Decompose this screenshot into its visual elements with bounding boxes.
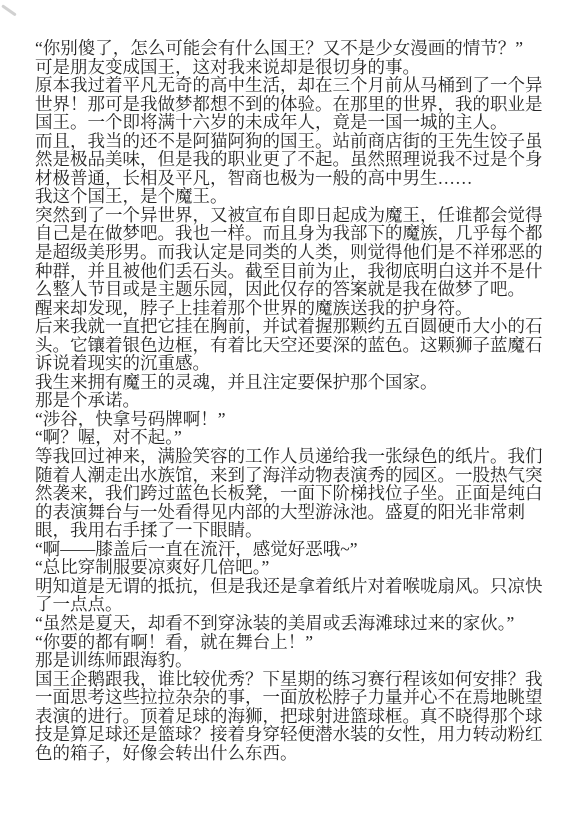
text-line: 醒来却发现，脖子上挂着那个世界的魔族送我的护身符。 xyxy=(35,299,557,318)
text-line: 么整人节目或是主题乐园，因此仅存的答案就是我在做梦了吧。 xyxy=(35,280,557,299)
text-line: 明知道是无谓的抵抗，但是我还是拿着纸片对着喉咙扇风。只凉快 xyxy=(35,577,557,596)
text-line: 表演的进行。顶着足球的海狮，把球射进篮球框。真不晓得那个球 xyxy=(35,707,557,726)
text-line: “虽然是夏天，却看不到穿泳装的美眉或丢海滩球过来的家伙。” xyxy=(35,614,557,633)
scan-artifact-mark xyxy=(1,4,17,16)
text-line: 种群，并且被他们丢石头。截至目前为止，我彻底明白这并不是什 xyxy=(35,262,557,281)
text-line: 了一点点。 xyxy=(35,595,557,614)
text-line: 随着人潮走出水族馆，来到了海洋动物表演秀的园区。一股热气突 xyxy=(35,466,557,485)
text-line: 色的箱子，好像会转出什么东西。 xyxy=(35,744,557,763)
text-line: 然是极品美味，但是我的职业更了不起。虽然照理说我不过是个身 xyxy=(35,150,557,169)
text-line: 那是训练师跟海豹。 xyxy=(35,651,557,670)
text-line: 眼，我用右手揉了一下眼睛。 xyxy=(35,521,557,540)
text-line: 材极普通，长相及平凡，智商也极为一般的高中男生…… xyxy=(35,169,557,188)
text-line: “总比穿制服要凉爽好几倍吧。” xyxy=(35,558,557,577)
text-line: 一面思考这些拉拉杂杂的事，一面放松脖子力量并心不在焉地眺望 xyxy=(35,688,557,707)
text-line: 可是朋友变成国王，这对我来说却是很切身的事。 xyxy=(35,58,557,77)
text-line: 技是算足球还是篮球？接着身穿轻便潜水装的女性，用力转动粉红 xyxy=(35,725,557,744)
text-line: “啊？喔，对不起。” xyxy=(35,428,557,447)
text-line: 我生来拥有魔王的灵魂，并且注定要保护那个国家。 xyxy=(35,373,557,392)
text-line: 国王。一个即将满十六岁的未成年人，竟是一国一城的主人。 xyxy=(35,113,557,132)
text-line: 原本我过着平凡无奇的高中生活，却在三个月前从马桶到了一个异 xyxy=(35,76,557,95)
text-line: 是超级美形男。而我认定是同类的人类，则觉得他们是不祥邪恶的 xyxy=(35,243,557,262)
text-line: 诉说着现实的沉重感。 xyxy=(35,354,557,373)
text-line: 世界！那可是我做梦都想不到的体验。在那里的世界，我的职业是 xyxy=(35,95,557,114)
text-line: 等我回过神来，满脸笑容的工作人员递给我一张绿色的纸片。我们 xyxy=(35,447,557,466)
text-line: 国王企鹅跟我，谁比较优秀？下星期的练习赛行程该如何安排？我 xyxy=(35,670,557,689)
text-line: 而且，我当的还不是阿猫阿狗的国王。站前商店街的王先生饺子虽 xyxy=(35,132,557,151)
text-line: “涉谷，快拿号码牌啊！” xyxy=(35,410,557,429)
text-line: 的表演舞台与一处看得见内部的大型游泳池。盛夏的阳光非常刺 xyxy=(35,503,557,522)
text-line: 后来我就一直把它挂在胸前，并试着握那颗约五百圆硬币大小的石 xyxy=(35,317,557,336)
text-line: “你要的都有啊！看，就在舞台上！” xyxy=(35,633,557,652)
body-text: “你别傻了，怎么可能会有什么国王？又不是少女漫画的情节？”可是朋友变成国王，这对… xyxy=(35,39,557,762)
text-line: 头。它镶着银色边框，有着比天空还要深的蓝色。这颗狮子蓝魔石 xyxy=(35,336,557,355)
text-line: 我这个国王，是个魔王。 xyxy=(35,187,557,206)
text-line: 突然到了一个异世界，又被宣布自即日起成为魔王，任谁都会觉得 xyxy=(35,206,557,225)
novel-page: “你别傻了，怎么可能会有什么国王？又不是少女漫画的情节？”可是朋友变成国王，这对… xyxy=(0,0,583,828)
text-line: “你别傻了，怎么可能会有什么国王？又不是少女漫画的情节？” xyxy=(35,39,557,58)
text-line: 那是个承诺。 xyxy=(35,391,557,410)
text-line: 自己是在做梦吧。我也一样。而且身为我部下的魔族，几乎每个都 xyxy=(35,224,557,243)
text-line: “啊——膝盖后一直在流汗，感觉好恶哦~” xyxy=(35,540,557,559)
text-line: 然袭来，我们跨过蓝色长板凳，一面下阶梯找位子坐。正面是纯白 xyxy=(35,484,557,503)
